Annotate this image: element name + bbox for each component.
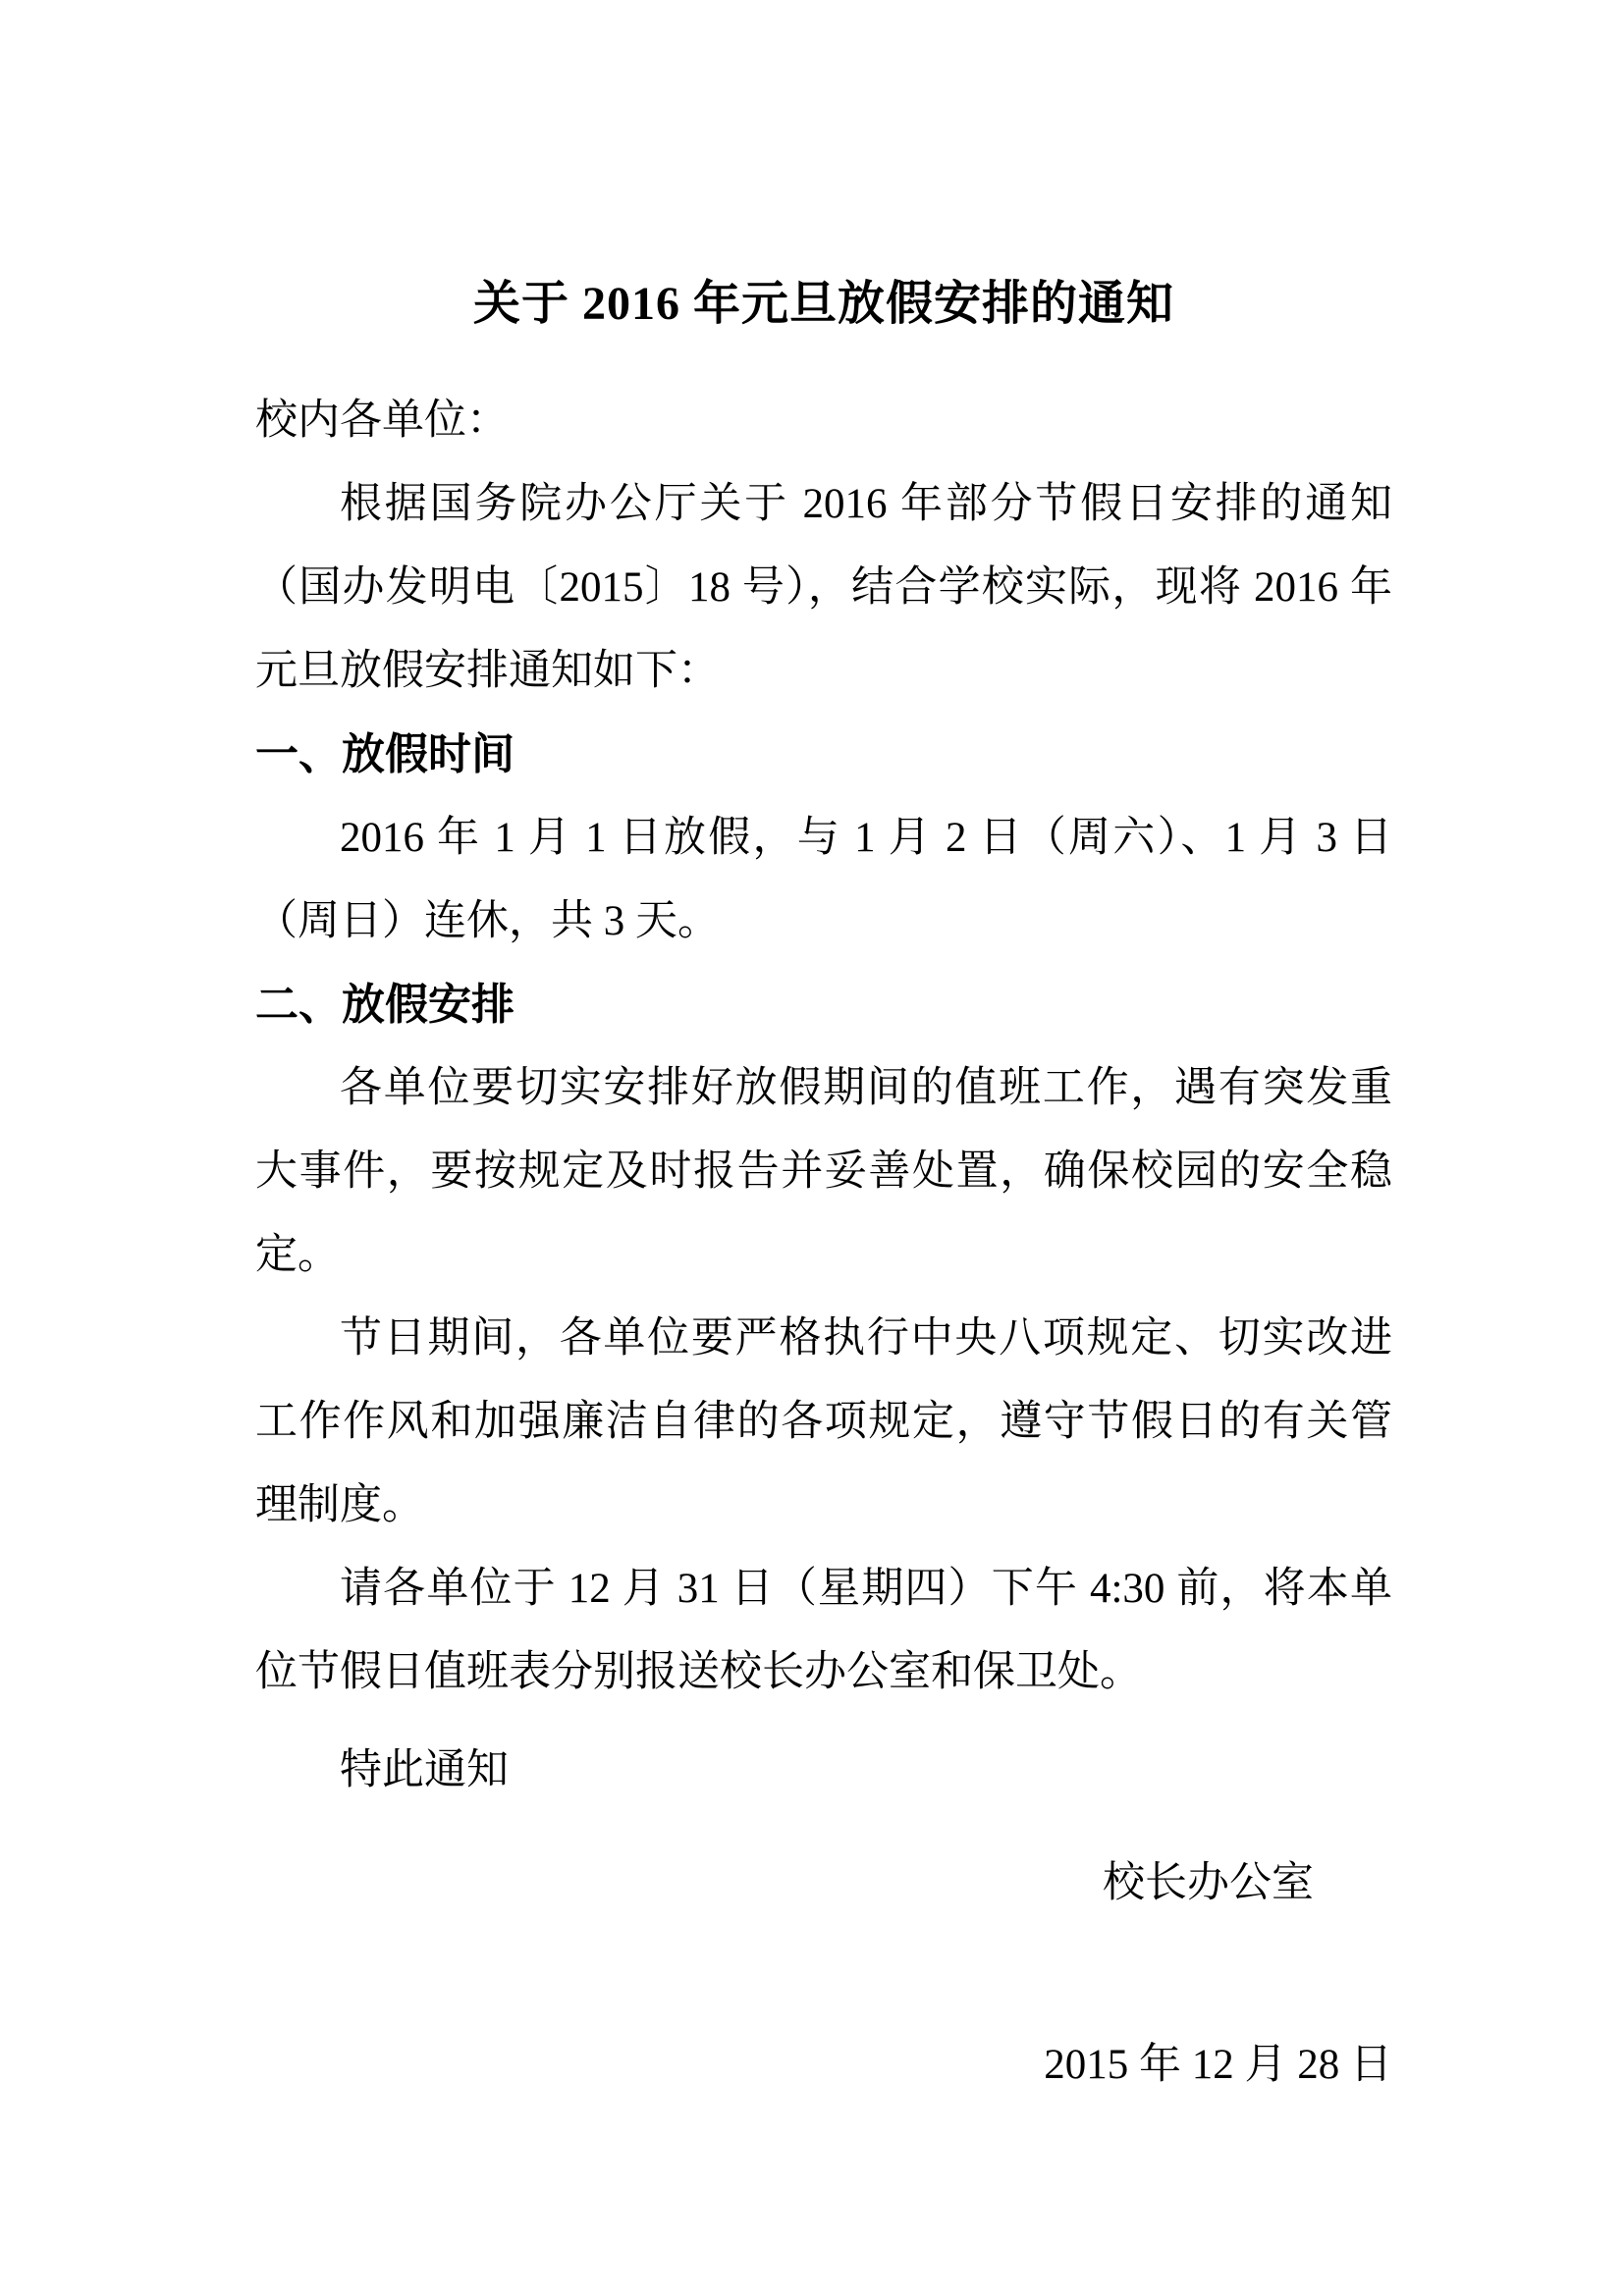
section-1-heading: 一、放假时间 bbox=[255, 713, 1392, 796]
section-2-heading: 二、放假安排 bbox=[255, 963, 1392, 1046]
section-1-paragraph: 2016 年 1 月 1 日放假，与 1 月 2 日（周六）、1 月 3 日（周… bbox=[255, 796, 1392, 963]
closing-line: 特此通知 bbox=[255, 1729, 1392, 1812]
signature-date: 2015 年 12 月 28 日 bbox=[255, 2023, 1392, 2107]
section-2-paragraph-1: 各单位要切实安排好放假期间的值班工作，遇有突发重大事件，要按规定及时报告并妥善处… bbox=[255, 1046, 1392, 1297]
document-title: 关于 2016 年元旦放假安排的通知 bbox=[255, 275, 1392, 334]
section-2-paragraph-3: 请各单位于 12 月 31 日（星期四）下午 4:30 前，将本单位节假日值班表… bbox=[255, 1547, 1392, 1714]
notice-document-page: 关于 2016 年元旦放假安排的通知 校内各单位： 根据国务院办公厅关于 201… bbox=[0, 0, 1624, 2296]
section-2-paragraph-2: 节日期间，各单位要严格执行中央八项规定、切实改进工作作风和加强廉洁自律的各项规定… bbox=[255, 1297, 1392, 1547]
signature-office: 校长办公室 bbox=[255, 1842, 1392, 1925]
intro-paragraph: 根据国务院办公厅关于 2016 年部分节假日安排的通知（国办发明电〔2015〕1… bbox=[255, 462, 1392, 713]
salutation-line: 校内各单位： bbox=[255, 379, 1392, 462]
